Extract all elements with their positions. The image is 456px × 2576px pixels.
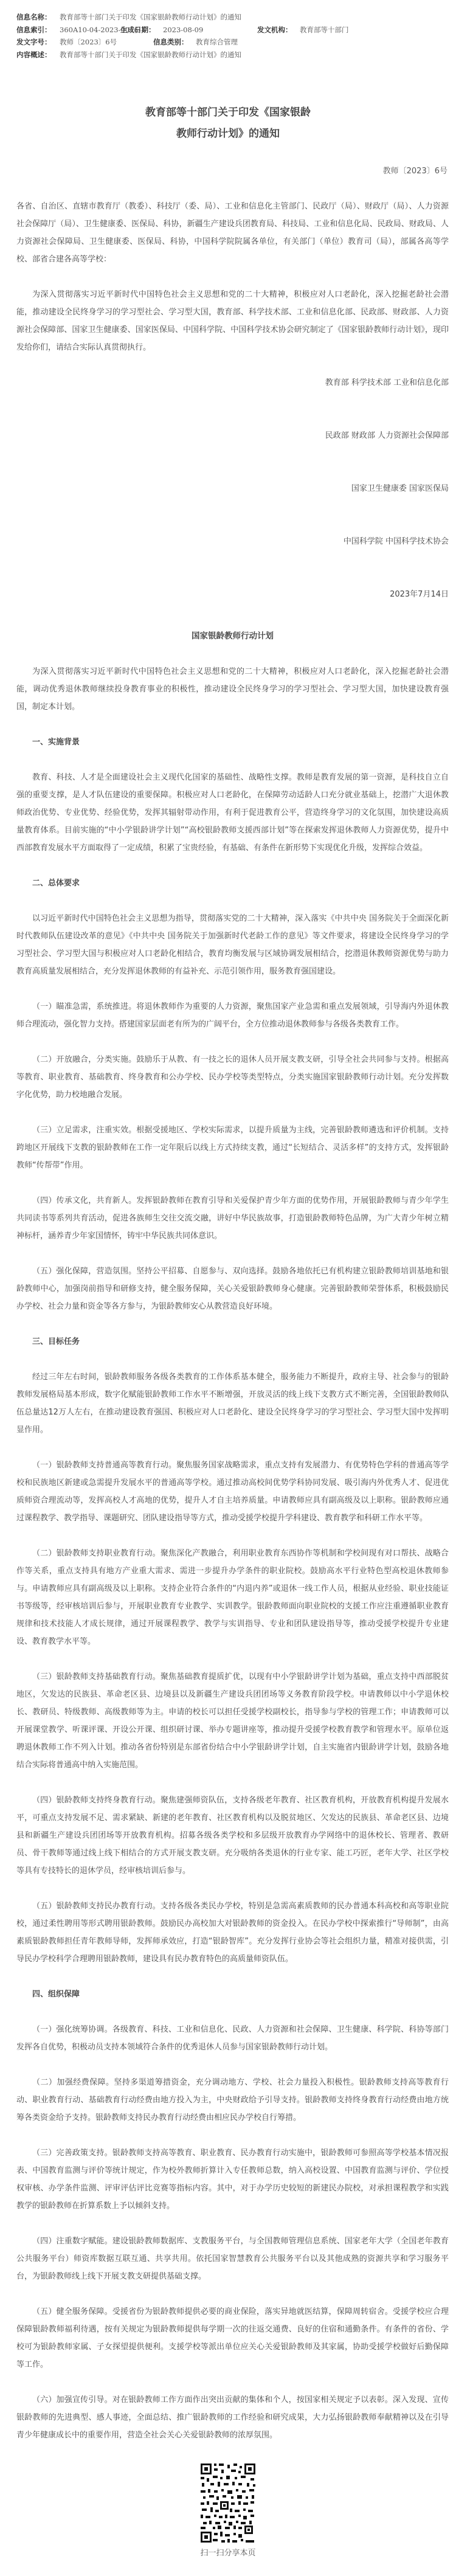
notice-intro: 为深入贯彻落实习近平新时代中国特色社会主义思想和党的二十大精神，积极应对人口老龄… <box>16 286 449 356</box>
section-background: 一、实施背景 教育、科技、人才是全面建设社会主义现代化国家的基础性、战略性支撑。… <box>16 733 449 857</box>
signatories: 教育部 科学技术部 工业和信息化部 民政部 财政部 人力资源社会保障部 国家卫生… <box>16 374 449 603</box>
info-metadata: 信息名称： 教育部等十部门关于印发《国家银龄教师行动计划》的通知 信息索引： 3… <box>0 0 456 61</box>
meta-category-value: 教育综合管理 <box>196 37 238 47</box>
signature-date: 2023年7月14日 <box>16 586 449 603</box>
section-organizational-guarantee: 四、组织保障 （一）强化统筹协调。各级教育、科技、工业和信息化、民政、人力资源和… <box>16 1986 449 2444</box>
meta-date-label: 生成日期： <box>120 25 163 35</box>
section-paragraph: （四）注重数字赋能。建设银龄教师数据库、支教服务平台，与全国教师管理信息系统、国… <box>16 2232 449 2285</box>
meta-row-docno: 发文字号： 教师〔2023〕6号 信息类别： 教育综合管理 <box>16 36 456 49</box>
section-paragraph: （三）银龄教师支持基础教育行动。聚焦基础教育提质扩优，以现有中小学银龄讲学计划为… <box>16 1668 449 1774</box>
share-qr-block: 扫一扫分享本页 <box>0 2462 456 2576</box>
meta-issuer-value: 教育部等十部门 <box>300 25 349 35</box>
section-paragraph: （六）加强宣传引导。对在银龄教师工作方面作出突出贡献的集体和个人，按国家相关规定… <box>16 2391 449 2444</box>
plan-preamble: 为深入贯彻落实习近平新时代中国特色社会主义思想和党的二十大精神，积极应对人口老龄… <box>16 663 449 716</box>
section-paragraph: （二）开放融合，分类实施。鼓励乐于从教、有一技之长的退休人员开展支教支研，引导全… <box>16 1051 449 1104</box>
section-paragraph: （四）传承文化，共育新人。发挥银龄教师在教育引导和关爱保护青少年方面的优势作用，… <box>16 1192 449 1245</box>
section-paragraph: （一）瞄准急需，系统推进。将退休教师作为重要的人力资源，聚焦国家产业急需和重点发… <box>16 998 449 1033</box>
section-heading: 一、实施背景 <box>16 733 449 751</box>
meta-row-summary: 内容概述： 教育部等十部门关于印发《国家银龄教师行动计划》的通知 <box>16 49 456 61</box>
meta-category-label: 信息类别： <box>153 37 196 47</box>
meta-index-value: 360A10-04-2023-0016-1 <box>60 26 120 34</box>
section-paragraph: （一）银龄教师支持普通高等教育行动。聚焦服务国家战略需求，重点支持有发展潜力、有… <box>16 1456 449 1527</box>
meta-index-label: 信息索引： <box>16 25 60 35</box>
section-paragraph: （五）强化保障，营造氛围。坚持公平招募、自愿参与、双向选择。鼓励各地依托已有机构… <box>16 1262 449 1315</box>
section-heading: 二、总体要求 <box>16 874 449 892</box>
meta-summary-value: 教育部等十部门关于印发《国家银龄教师行动计划》的通知 <box>60 50 241 60</box>
meta-issuer-label: 发文机构： <box>257 25 300 35</box>
meta-name-value: 教育部等十部门关于印发《国家银龄教师行动计划》的通知 <box>60 12 241 22</box>
meta-row-index: 信息索引： 360A10-04-2023-0016-1 生成日期： 2023-0… <box>16 24 456 36</box>
qr-code-icon[interactable] <box>199 2462 257 2544</box>
page-title: 教育部等十部门关于印发《国家银龄 教师行动计划》的通知 <box>0 102 456 145</box>
meta-docno-value: 教师〔2023〕6号 <box>60 37 153 47</box>
section-heading: 三、目标任务 <box>16 1333 449 1351</box>
meta-date-value: 2023-08-09 <box>163 26 257 34</box>
section-paragraph: 教育、科技、人才是全面建设社会主义现代化国家的基础性、战略性支撑。教师是教育发展… <box>16 769 449 857</box>
page-title-line-2: 教师行动计划》的通知 <box>0 123 456 145</box>
section-paragraph: （一）强化统筹协调。各级教育、科技、工业和信息化、民政、人力资源和社会保障、卫生… <box>16 2021 449 2056</box>
meta-summary-label: 内容概述： <box>16 50 60 60</box>
meta-row-name: 信息名称： 教育部等十部门关于印发《国家银龄教师行动计划》的通知 <box>16 11 456 24</box>
signatory-line: 民政部 财政部 人力资源社会保障部 <box>16 427 449 445</box>
section-paragraph: 以习近平新时代中国特色社会主义思想为指导，贯彻落实党的二十大精神，深入落实《中共… <box>16 910 449 980</box>
section-paragraph: （二）银龄教师支持职业教育行动。聚焦深化产教融合，利用职业教育东西协作等机制和学… <box>16 1545 449 1650</box>
section-heading: 四、组织保障 <box>16 1986 449 2003</box>
section-general-requirements: 二、总体要求 以习近平新时代中国特色社会主义思想为指导，贯彻落实党的二十大精神，… <box>16 874 449 1315</box>
section-paragraph: （三）完善政策支持。银龄教师支持高等教育、职业教育、民办教育行动实施中，银龄教师… <box>16 2144 449 2215</box>
signatory-line: 国家卫生健康委 国家医保局 <box>16 480 449 497</box>
page-title-line-1: 教育部等十部门关于印发《国家银龄 <box>0 102 456 123</box>
section-paragraph: （二）加强经费保障。坚持多渠道筹措资金，充分调动地方、学校、社会力量投入积极性。… <box>16 2074 449 2127</box>
section-paragraph: 经过三年左右时间，银龄教师服务各级各类教育的工作体系基本健全，服务能力不断提升，… <box>16 1368 449 1439</box>
qr-caption: 扫一扫分享本页 <box>200 2546 255 2558</box>
section-paragraph: （五）银龄教师支持民办教育行动。支持各级各类民办学校，特别是急需高素质教师的民办… <box>16 1897 449 1968</box>
section-goals-tasks: 三、目标任务 经过三年左右时间，银龄教师服务各级各类教育的工作体系基本健全，服务… <box>16 1333 449 1968</box>
meta-name-label: 信息名称： <box>16 12 60 22</box>
section-paragraph: （三）立足需求，注重实效。根据受援地区、学校实际需求，以提升质量为主线，完善银龄… <box>16 1121 449 1174</box>
document-number: 教师〔2023〕6号 <box>0 164 456 176</box>
section-paragraph: （五）健全服务保障。受援省份为银龄教师提供必要的商业保险，落实异地就医结算，保障… <box>16 2303 449 2373</box>
salutation: 各省、自治区、直辖市教育厅（教委）、科技厅（委、局）、工业和信息化主管部门、民政… <box>16 198 449 268</box>
document-page: 信息名称： 教育部等十部门关于印发《国家银龄教师行动计划》的通知 信息索引： 3… <box>0 0 456 2576</box>
signatory-line: 教育部 科学技术部 工业和信息化部 <box>16 374 449 392</box>
signatory-line: 中国科学院 中国科学技术协会 <box>16 533 449 550</box>
document-body: 各省、自治区、直辖市教育厅（教委）、科技厅（委、局）、工业和信息化主管部门、民政… <box>0 198 456 2444</box>
section-paragraph: （四）银龄教师支持终身教育行动。聚焦建强师资队伍，支持各级老年教育、社区教育机构… <box>16 1792 449 1880</box>
meta-docno-label: 发文字号： <box>16 37 60 47</box>
plan-title: 国家银龄教师行动计划 <box>16 628 449 645</box>
